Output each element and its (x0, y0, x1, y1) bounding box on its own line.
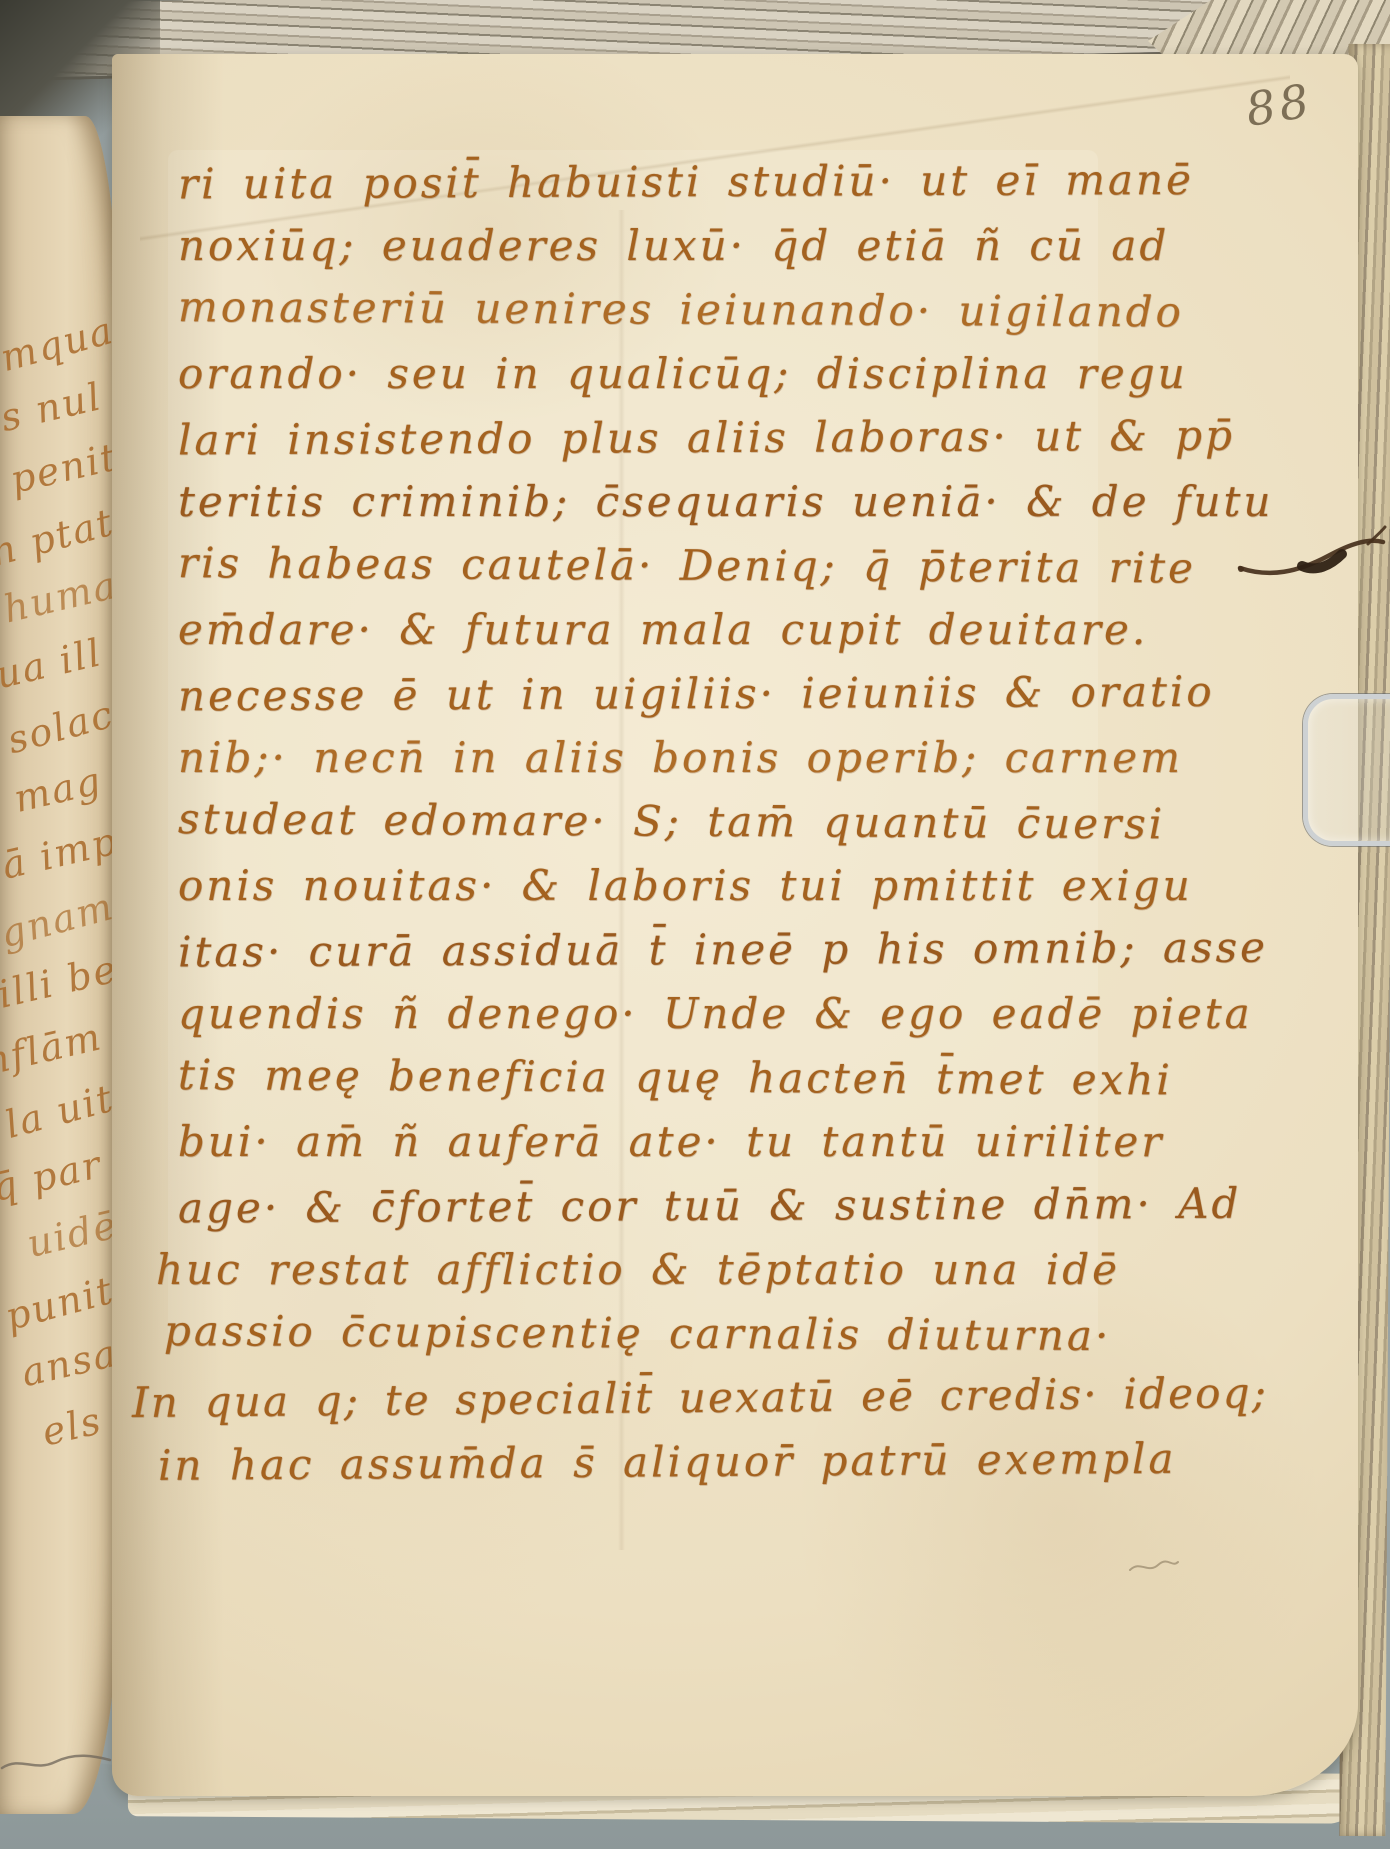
manuscript-line: passio c̄cupiscentię carnalis diuturna· (164, 1299, 1274, 1369)
facing-page-text-fragments: mquares nuli penitin ptats humaqua ills … (0, 296, 117, 1448)
manuscript-line: quendis ñ denego· Unde & ego eadē pieta (178, 982, 1273, 1046)
metal-page-clip (1303, 694, 1390, 846)
manuscript-text-block: ri uita posit̄ habuisti studiū· ut eī ma… (178, 150, 1273, 1494)
manuscript-line: orando· seu in qualicūq; disciplina regu (178, 342, 1273, 406)
manuscript-line: studeat edomare· S; tam̄ quantū c̄uersi (178, 787, 1274, 857)
manuscript-line: bui· am̄ ñ auferā ate· tu tantū uirilite… (178, 1110, 1273, 1174)
facing-page-edge: mquares nuli penitin ptats humaqua ills … (0, 116, 121, 1814)
manuscript-line: itas· curā assiduā t̄ ineē p his omnib; … (178, 916, 1274, 985)
manuscript-line: monasteriū uenires ieiunando· uigilando (178, 275, 1274, 345)
manuscript-line: teritis criminib; c̄sequaris ueniā· & de… (178, 470, 1273, 534)
manuscript-line: nib;· necn̄ in aliis bonis operib; carne… (178, 726, 1273, 790)
manuscript-line: noxiūq; euaderes luxū· q̄d etiā ñ cū ad (178, 214, 1273, 278)
manuscript-line: huc restat afflictio & tēptatio una idē (156, 1238, 1273, 1302)
manuscript-line: lari insistendo plus aliis laboras· ut &… (178, 404, 1274, 473)
pen-scribble-mark (0, 1738, 112, 1782)
manuscript-line: onis nouitas· & laboris tui pmittit exig… (178, 854, 1273, 918)
ink-flourish-mark (1236, 522, 1388, 586)
manuscript-line: In qua q; te specialit̄ uexatū eē credis… (132, 1361, 1274, 1435)
manuscript-line: age· & c̄fortet̄ cor tuū & sustine dn̄m·… (178, 1172, 1274, 1241)
manuscript-line: tis meę beneficia quę hacten̄ t̄met exhi (178, 1043, 1274, 1113)
manuscript-line: em̄dare· & futura mala cupit deuitare. (178, 598, 1273, 662)
page-number: 88 (1242, 73, 1316, 137)
manuscript-line: in hac assum̄da s̄ aliquor̄ patrū exempl… (158, 1426, 1274, 1498)
manuscript-line: ris habeas cautelā· Deniq; q̄ p̄terita r… (178, 531, 1274, 601)
manuscript-line: necesse ē ut in uigiliis· ieiuniis & ora… (178, 660, 1274, 729)
pen-squiggle-mark (1128, 1556, 1180, 1578)
manuscript-line: ri uita posit̄ habuisti studiū· ut eī ma… (178, 148, 1274, 217)
manuscript-photo: mquares nuli penitin ptats humaqua ills … (0, 0, 1390, 1849)
